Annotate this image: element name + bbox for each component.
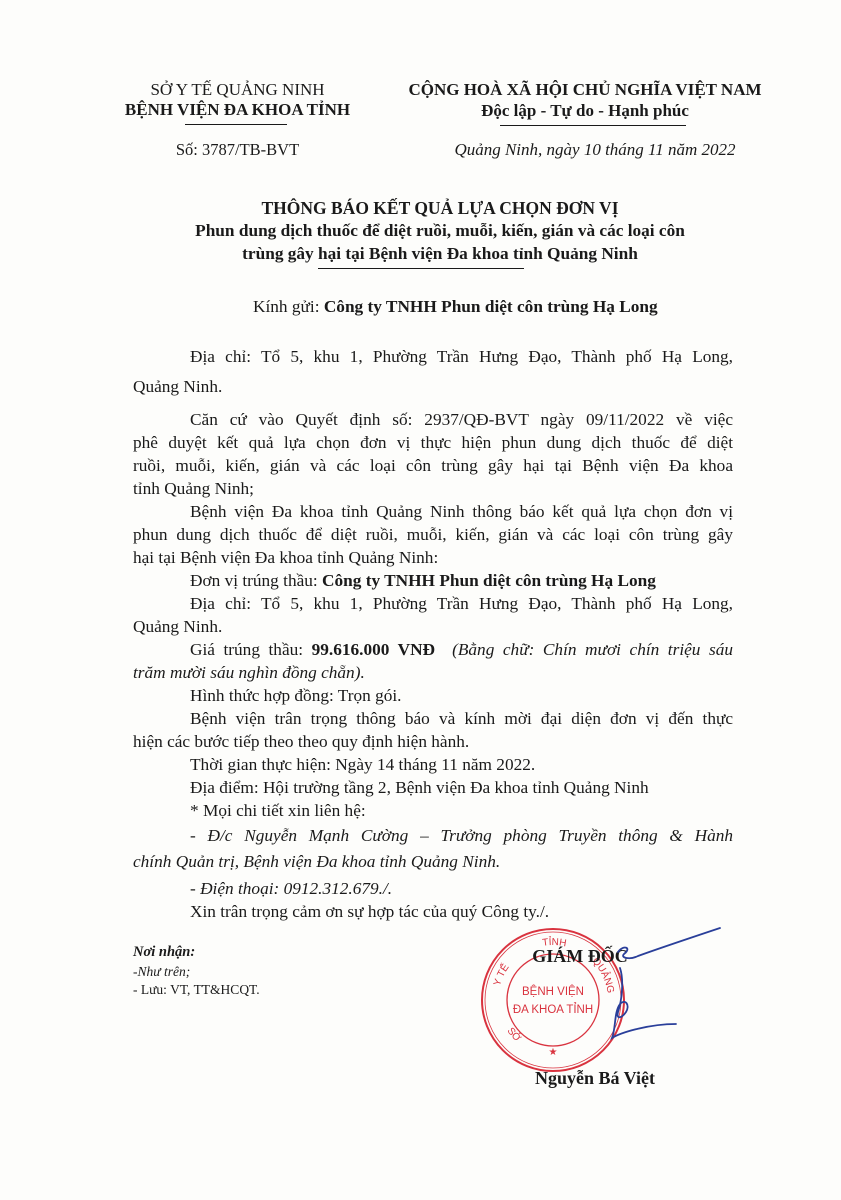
- price-in-words-1: (Bằng chữ: Chín mươi chín triệu sáu: [452, 640, 733, 659]
- basis-line1: Căn cứ vào Quyết định số: 2937/QĐ-BVT ng…: [190, 408, 733, 431]
- basis-line2: phê duyệt kết quả lựa chọn đơn vị thực h…: [133, 431, 733, 454]
- winning-unit: Đơn vị trúng thầu: Công ty TNHH Phun diệ…: [190, 569, 790, 592]
- stamp-star-icon: ★: [549, 1047, 558, 1058]
- country-name: CỘNG HOÀ XÃ HỘI CHỦ NGHĨA VIỆT NAM: [385, 80, 785, 100]
- document-date: Quảng Ninh, ngày 10 tháng 11 năm 2022: [395, 140, 795, 160]
- svg-text:SỞ: SỞ: [505, 1026, 525, 1045]
- price-value: 99.616.000 VNĐ: [312, 640, 435, 659]
- price-in-words-2: trăm mười sáu nghìn đồng chẵn).: [133, 661, 733, 684]
- document-subtitle-line2: trùng gây hại tại Bệnh viện Đa khoa tỉnh…: [140, 244, 740, 264]
- contact-person-line1: - Đ/c Nguyễn Mạnh Cường – Trưởng phòng T…: [190, 824, 733, 847]
- invitation-line2: hiện các bước tiếp theo theo quy định hi…: [133, 730, 733, 753]
- contact-phone: - Điện thoại: 0912.312.679./.: [190, 877, 790, 900]
- winner-address-line2: Quảng Ninh.: [133, 615, 733, 638]
- national-motto: Độc lập - Tự do - Hạnh phúc: [385, 101, 785, 121]
- department-name: SỞ Y TẾ QUẢNG NINH: [100, 80, 375, 100]
- document-title: THÔNG BÁO KẾT QUẢ LỰA CHỌN ĐƠN VỊ: [140, 198, 740, 219]
- title-underline: [318, 268, 524, 269]
- addressee-company: Công ty TNHH Phun diệt côn trùng Hạ Long: [324, 297, 658, 316]
- header-left-underline: [185, 124, 287, 125]
- contact-person-line2: chính Quản trị, Bệnh viện Đa khoa tỉnh Q…: [133, 850, 733, 873]
- price-label: Giá trúng thầu:: [190, 640, 312, 659]
- document-number: Số: 3787/TB-BVT: [100, 140, 375, 160]
- recipients-title: Nơi nhận:: [133, 944, 195, 961]
- contract-form: Hình thức hợp đồng: Trọn gói.: [190, 684, 790, 707]
- header-right-underline: [500, 125, 686, 126]
- address-line2: Quảng Ninh.: [133, 375, 733, 398]
- addressee-label: Kính gửi:: [253, 297, 324, 316]
- signer-name: Nguyễn Bá Việt: [510, 1068, 680, 1089]
- execution-time: Thời gian thực hiện: Ngày 14 tháng 11 nă…: [190, 753, 790, 776]
- basis-line3: ruồi, muỗi, kiến, gián và các loại côn t…: [133, 454, 733, 477]
- winning-unit-label: Đơn vị trúng thầu:: [190, 571, 322, 590]
- notice-line2: phun dung dịch thuốc để diệt ruồi, muỗi,…: [133, 523, 733, 546]
- signature: [560, 920, 740, 1060]
- document-subtitle-line1: Phun dung dịch thuốc để diệt ruồi, muỗi,…: [140, 221, 740, 241]
- location: Địa điểm: Hội trường tầng 2, Bệnh viện Đ…: [190, 776, 790, 799]
- stamp-bottom-text: SỞ: [505, 1026, 525, 1045]
- notice-line3: hại tại Bệnh viện Đa khoa tỉnh Quảng Nin…: [133, 546, 733, 569]
- winner-address-line1: Địa chỉ: Tổ 5, khu 1, Phường Trần Hưng Đ…: [190, 592, 733, 615]
- winning-unit-name: Công ty TNHH Phun diệt côn trùng Hạ Long: [322, 571, 656, 590]
- recipient-item: -Như trên;: [133, 963, 190, 981]
- hospital-name: BỆNH VIỆN ĐA KHOA TỈNH: [100, 100, 375, 120]
- winning-price: Giá trúng thầu: 99.616.000 VNĐ (Bằng chữ…: [190, 638, 733, 661]
- address-line1: Địa chỉ: Tổ 5, khu 1, Phường Trần Hưng Đ…: [190, 345, 733, 368]
- addressee: Kính gửi: Công ty TNHH Phun diệt côn trù…: [253, 295, 658, 318]
- contact-intro: * Mọi chi tiết xin liên hệ:: [190, 799, 790, 822]
- basis-line4: tỉnh Quảng Ninh;: [133, 477, 733, 500]
- notice-line1: Bệnh viện Đa khoa tỉnh Quảng Ninh thông …: [190, 500, 733, 523]
- recipient-item: - Lưu: VT, TT&HCQT.: [133, 981, 260, 999]
- invitation-line1: Bệnh viện trân trọng thông báo và kính m…: [190, 707, 733, 730]
